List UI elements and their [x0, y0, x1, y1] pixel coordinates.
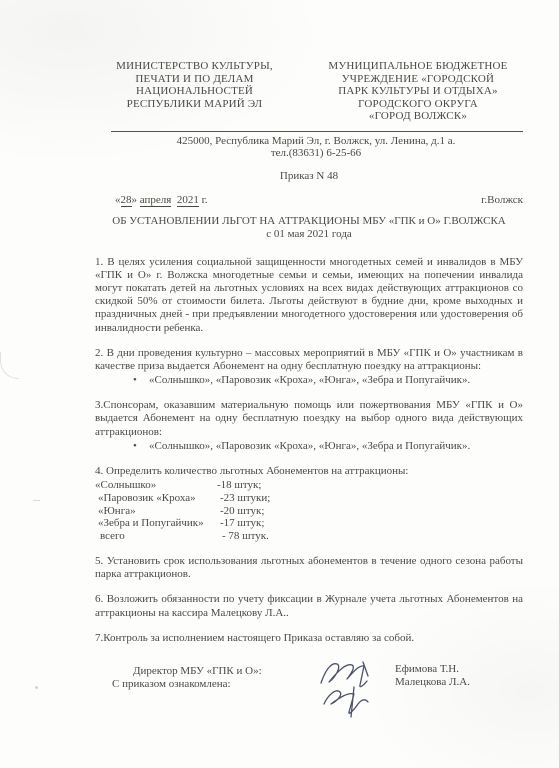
- ministry-header: МИНИСТЕРСТВО КУЛЬТУРЫ, ПЕЧАТИ И ПО ДЕЛАМ…: [95, 60, 292, 110]
- paragraph-7: 7.Контроль за исполнением настоящего При…: [95, 632, 523, 645]
- ministry-line: ПЕЧАТИ И ПО ДЕЛАМ: [97, 73, 292, 86]
- document-content: МИНИСТЕРСТВО КУЛЬТУРЫ, ПЕЧАТИ И ПО ДЕЛАМ…: [95, 60, 523, 735]
- ministry-line: РЕСПУБЛИКИ МАРИЙ ЭЛ: [97, 98, 292, 111]
- scan-artifact: [33, 500, 40, 501]
- order-city: г.Волжск: [481, 194, 523, 207]
- paragraph-6: 6. Возложить обязанности по учету фиксац…: [95, 593, 523, 619]
- ministry-line: НАЦИОНАЛЬНОСТЕЙ: [97, 85, 292, 98]
- attractions-list: «Солнышко», «Паровозик «Кроха», «Юнга», …: [149, 374, 470, 387]
- handwritten-signatures: [317, 657, 389, 729]
- bullet-icon: •: [133, 374, 149, 387]
- date-year: 2021: [177, 194, 199, 207]
- date-row: «28» апреля 2021 г. г.Волжск: [95, 194, 523, 207]
- table-row: «Юнга» -20 штук;: [95, 505, 523, 518]
- attraction-name: «Юнга»: [95, 505, 220, 518]
- bullet-icon: •: [133, 440, 149, 453]
- phone-line: тел.(83631) 6-25-66: [109, 147, 523, 160]
- order-number: Приказ N 48: [95, 170, 523, 183]
- attraction-qty: -18 штук;: [217, 479, 523, 492]
- address-line: 425000, Республика Марий Эл, г. Волжск, …: [109, 135, 523, 148]
- table-row: «Солнышко» -18 штук;: [95, 479, 523, 492]
- institution-line: МУНИЦИПАЛЬНОЕ БЮДЖЕТНОЕ: [313, 60, 523, 73]
- attractions-list: «Солнышко», «Паровозик «Кроха», «Юнга», …: [149, 440, 470, 453]
- order-title-line2: с 01 мая 2021 года: [95, 228, 523, 242]
- order-title: ОБ УСТАНОВЛЕНИИ ЛЬГОТ НА АТТРАКЦИОНЫ МБУ…: [95, 215, 523, 242]
- paragraph-4: 4. Определить количество льготных Абонем…: [95, 465, 523, 478]
- paragraph-3: 3.Спонсорам, оказавшим материальную помо…: [95, 399, 523, 439]
- attraction-name: «Паровозик «Кроха»: [95, 492, 220, 505]
- abonement-table: «Солнышко» -18 штук; «Паровозик «Кроха» …: [95, 479, 523, 543]
- scan-artifact: [0, 352, 19, 379]
- letterhead: МИНИСТЕРСТВО КУЛЬТУРЫ, ПЕЧАТИ И ПО ДЕЛАМ…: [95, 60, 523, 123]
- attraction-qty: -20 штук;: [220, 505, 523, 518]
- attraction-qty: - 78 штук.: [222, 530, 523, 543]
- table-row: «Паровозик «Кроха» -23 штуки;: [95, 492, 523, 505]
- director-signature-label: Директор МБУ «ГПК и О»:: [133, 665, 262, 678]
- director-name: Ефимова Т.Н.: [395, 663, 459, 676]
- scan-artifact: [35, 686, 38, 689]
- date-era: г.: [202, 194, 208, 206]
- date-day: 28: [121, 194, 132, 207]
- contact-block: 425000, Республика Марий Эл, г. Волжск, …: [95, 135, 523, 160]
- paragraph-2-bullet: • «Солнышко», «Паровозик «Кроха», «Юнга»…: [95, 374, 523, 387]
- signature-block: Директор МБУ «ГПК и О»: С приказом ознак…: [95, 665, 523, 735]
- attraction-name: всего: [95, 530, 222, 543]
- institution-line: ПАРК КУЛЬТУРЫ И ОТДЫХА»: [313, 85, 523, 98]
- institution-line: УЧРЕЖДЕНИЕ «ГОРОДСКОЙ: [313, 73, 523, 86]
- paragraph-5: 5. Установить срок использования льготны…: [95, 555, 523, 581]
- order-title-line1: ОБ УСТАНОВЛЕНИИ ЛЬГОТ НА АТТРАКЦИОНЫ МБУ…: [95, 215, 523, 229]
- paragraph-3-bullet: • «Солнышко», «Паровозик «Кроха», «Юнга»…: [95, 440, 523, 453]
- acknowledged-signature-label: С приказом ознакомлена:: [112, 678, 231, 691]
- institution-line: ГОРОДСКОГО ОКРУГА: [313, 98, 523, 111]
- institution-header: МУНИЦИПАЛЬНОЕ БЮДЖЕТНОЕ УЧРЕЖДЕНИЕ «ГОРО…: [313, 60, 523, 123]
- date-month: апреля: [140, 194, 172, 207]
- letterhead-divider: [111, 131, 523, 132]
- table-row: «Зебра и Попугайчик» -17 штук;: [95, 517, 523, 530]
- attraction-name: «Зебра и Попугайчик»: [95, 517, 220, 530]
- scanned-order-document: МИНИСТЕРСТВО КУЛЬТУРЫ, ПЕЧАТИ И ПО ДЕЛАМ…: [0, 0, 559, 768]
- attraction-name: «Солнышко»: [95, 479, 217, 492]
- cashier-name: Малецкова Л.А.: [395, 676, 470, 689]
- attraction-qty: -17 штук;: [220, 517, 523, 530]
- date-close-quote: »: [132, 194, 138, 206]
- order-date: «28» апреля 2021 г.: [95, 194, 208, 207]
- ministry-line: МИНИСТЕРСТВО КУЛЬТУРЫ,: [97, 60, 292, 73]
- date-open-quote: «: [115, 194, 121, 206]
- table-row: всего - 78 штук.: [95, 530, 523, 543]
- institution-line: «ГОРОД ВОЛЖСК»: [313, 110, 523, 123]
- paragraph-1: 1. В целях усиления социальной защищенно…: [95, 256, 523, 335]
- attraction-qty: -23 штуки;: [220, 492, 523, 505]
- paragraph-2: 2. В дни проведения культурно – массовых…: [95, 347, 523, 373]
